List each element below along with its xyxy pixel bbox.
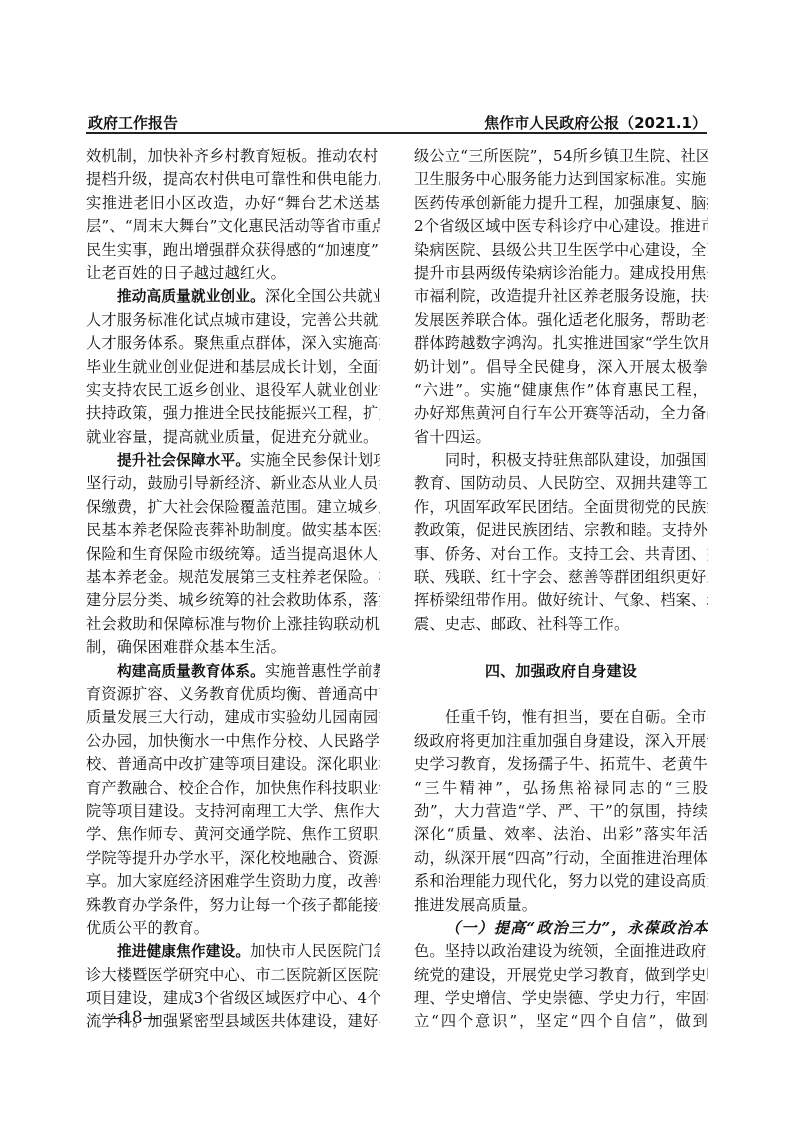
text-line: 育资源扩容、义务教育优质均衡、普通高中高: [86, 683, 380, 706]
text-line: 学院等提升办学水平，深化校地融合、资源共: [86, 847, 380, 870]
text-line: 染病医院、县级公共卫生医学中心建设，全面: [414, 239, 708, 262]
body-text: 卫生服务中心服务能力达到国家标准。实施中: [414, 170, 708, 188]
text-line: 构建高质量教育体系。实施普惠性学前教: [86, 660, 380, 683]
body-text: 动，纵深开展“四高”行动，全面推进治理体: [414, 849, 708, 867]
paragraph-lead-heading: 构建高质量教育体系。: [117, 663, 265, 680]
text-line: 推进发展高质量。: [414, 894, 708, 917]
body-text: 育资源扩容、义务教育优质均衡、普通高中高: [86, 685, 380, 703]
text-line: 质量发展三大行动，建成市实验幼儿园南园等: [86, 706, 380, 729]
text-line: 基本养老金。规范发展第三支柱养老保险。构: [86, 566, 380, 589]
body-text: 实施全民参保计划攻: [250, 451, 380, 469]
text-line: 实推进老旧小区改造，办好“舞台艺术送基: [86, 192, 380, 215]
paragraph-lead-heading: 推进健康焦作建设。: [117, 943, 250, 960]
body-text: 保险和生育保险市级统筹。适当提高退休人员: [86, 545, 380, 563]
blank-line: [414, 683, 708, 706]
body-text: 优质公平的教育。: [86, 919, 209, 937]
body-text: 震、史志、邮政、社科等工作。: [414, 615, 629, 633]
text-line: 医药传承创新能力提升工程，加强康复、脑病: [414, 192, 708, 215]
text-line: 让老百姓的日子越过越红火。: [86, 262, 380, 285]
body-text: 民基本养老保险丧葬补助制度。做实基本医疗: [86, 521, 380, 539]
text-line: 深化“质量、效率、法治、出彩”落实年活: [414, 823, 708, 846]
body-text: 民生实事，跑出增强群众获得感的“加速度”，: [86, 241, 380, 259]
text-line: 优质公平的教育。: [86, 917, 380, 940]
right-text-column: 级公立“三所医院”，54所乡镇卫生院、社区卫生服务中心服务能力达到国家标准。实施…: [414, 145, 708, 1034]
body-text: 发展医养联合体。强化适老化服务，帮助老年: [414, 311, 708, 329]
body-text: 人才服务标准化试点城市建设，完善公共就业: [86, 311, 380, 329]
body-text: 染病医院、县级公共卫生医学中心建设，全面: [414, 241, 708, 259]
text-line: 项目建设，建成3个省级区域医疗中心、4个一: [86, 987, 380, 1010]
text-line: 事、侨务、对台工作。支持工会、共青团、妇: [414, 543, 708, 566]
text-line: 制，确保困难群众基本生活。: [86, 636, 380, 659]
body-text: 色。坚持以政治建设为统领，全面推进政府系: [414, 942, 708, 960]
text-line: 保缴费，扩大社会保险覆盖范围。建立城乡居: [86, 496, 380, 519]
text-line: 统党的建设，开展党史学习教育，做到学史明: [414, 964, 708, 987]
text-line: （一）提高“政治三力”，永葆政治本: [414, 917, 708, 940]
text-line: 作，巩固军政军民团结。全面贯彻党的民族宗: [414, 496, 708, 519]
text-line: 就业容量，提高就业质量，促进充分就业。: [86, 426, 380, 449]
text-line: 诊大楼暨医学研究中心、市二医院新区医院等: [86, 964, 380, 987]
body-text: 学院等提升办学水平，深化校地融合、资源共: [86, 849, 380, 867]
text-line: 立“四个意识”，坚定“四个自信”，做到: [414, 1010, 708, 1033]
body-text: 保缴费，扩大社会保险覆盖范围。建立城乡居: [86, 498, 380, 516]
text-line: 毕业生就业创业促进和基层成长计划，全面落: [86, 356, 380, 379]
body-text: 2个省级区域中医专科诊疗中心建设。推进市传: [414, 217, 708, 235]
body-text: 教育、国防动员、人民防空、双拥共建等工: [414, 474, 708, 492]
body-text: 层”、“周末大舞台”文化惠民活动等省市重点: [86, 217, 380, 235]
body-text: 同时，积极支持驻焦部队建设，加强国防: [445, 451, 708, 469]
body-text: 育产教融合、校企合作，加快焦作科技职业学: [86, 779, 380, 797]
body-text: 制，确保困难群众基本生活。: [86, 638, 286, 656]
body-text: 深化“质量、效率、法治、出彩”落实年活: [414, 825, 708, 843]
text-line: 教育、国防动员、人民防空、双拥共建等工: [414, 472, 708, 495]
section-heading: 四、加强政府自身建设: [414, 660, 708, 683]
body-text: 毕业生就业创业促进和基层成长计划，全面落: [86, 358, 380, 376]
text-line: 卫生服务中心服务能力达到国家标准。实施中: [414, 168, 708, 191]
text-line: 人才服务标准化试点城市建设，完善公共就业: [86, 309, 380, 332]
text-line: 级政府将更加注重加强自身建设，深入开展党: [414, 730, 708, 753]
body-text: 扶持政策，强力推进全民技能振兴工程，扩大: [86, 404, 380, 422]
body-text: 联、残联、红十字会、慈善等群团组织更好发: [414, 568, 708, 586]
text-line: 任重千钧，惟有担当，要在自砺。全市各: [414, 706, 708, 729]
body-text: 公办园，加快衡水一中焦作分校、人民路学: [86, 732, 380, 750]
body-text: 省十四运。: [414, 428, 491, 446]
body-text: 任重千钧，惟有担当，要在自砺。全市各: [445, 708, 708, 726]
body-text: 群体跨越数字鸿沟。扎实推进国家“学生饮用: [414, 334, 708, 352]
text-line: 系和治理能力现代化，努力以党的建设高质量: [414, 870, 708, 893]
body-text: 办好郑焦黄河自行车公开赛等活动，全力备战: [414, 404, 708, 422]
subsection-heading: （一）提高“政治三力”，永葆政治本: [445, 919, 708, 937]
text-line: 动，纵深开展“四高”行动，全面推进治理体: [414, 847, 708, 870]
text-line: 发展医养联合体。强化适老化服务，帮助老年: [414, 309, 708, 332]
text-line: 保险和生育保险市级统筹。适当提高退休人员: [86, 543, 380, 566]
text-line: 民基本养老保险丧葬补助制度。做实基本医疗: [86, 519, 380, 542]
body-text: 加快市人民医院门急: [250, 942, 380, 960]
body-text: 事、侨务、对台工作。支持工会、共青团、妇: [414, 545, 708, 563]
text-line: 2个省级区域中医专科诊疗中心建设。推进市传: [414, 215, 708, 238]
body-text: 劲”，大力营造“学、严、干”的氛围，持续: [414, 802, 708, 820]
text-line: 享。加大家庭经济困难学生资助力度，改善特: [86, 870, 380, 893]
text-line: 推动高质量就业创业。深化全国公共就业: [86, 285, 380, 308]
body-text: 系和治理能力现代化，努力以党的建设高质量: [414, 872, 708, 890]
body-text: 诊大楼暨医学研究中心、市二医院新区医院等: [86, 966, 380, 984]
text-line: 提升市县两级传染病诊治能力。建成投用焦作: [414, 262, 708, 285]
text-line: 劲”，大力营造“学、严、干”的氛围，持续: [414, 800, 708, 823]
text-line: 公办园，加快衡水一中焦作分校、人民路学: [86, 730, 380, 753]
paragraph-lead-heading: 推动高质量就业创业。: [117, 288, 265, 305]
body-text: 殊教育办学条件，努力让每一个孩子都能接受: [86, 896, 380, 914]
text-line: 效机制，加快补齐乡村教育短板。推动农村电网: [86, 145, 380, 168]
text-line: 教政策，促进民族团结、宗教和睦。支持外: [414, 519, 708, 542]
body-text: 基本养老金。规范发展第三支柱养老保险。构: [86, 568, 380, 586]
running-header-section: 政府工作报告: [88, 112, 178, 133]
body-text: 实支持农民工返乡创业、退役军人就业创业等: [86, 381, 380, 399]
body-text: 校、普通高中改扩建等项目建设。深化职业教: [86, 755, 380, 773]
body-text: 质量发展三大行动，建成市实验幼儿园南园等: [86, 708, 380, 726]
body-text: 项目建设，建成3个省级区域医疗中心、4个一: [86, 989, 380, 1007]
text-line: 人才服务体系。聚焦重点群体，深入实施高校: [86, 332, 380, 355]
text-line: 办好郑焦黄河自行车公开赛等活动，全力备战: [414, 402, 708, 425]
text-line: 民生实事，跑出增强群众获得感的“加速度”，: [86, 239, 380, 262]
text-line: “三牛精神”，弘扬焦裕禄同志的“三股: [414, 777, 708, 800]
text-line: 省十四运。: [414, 426, 708, 449]
body-text: 史学习教育，发扬孺子牛、拓荒牛、老黄牛: [414, 755, 708, 773]
text-line: 同时，积极支持驻焦部队建设，加强国防: [414, 449, 708, 472]
body-text: 推进发展高质量。: [414, 896, 537, 914]
body-text: 坚行动，鼓励引导新经济、新业态从业人员参: [86, 474, 380, 492]
text-line: 建分层分类、城乡统筹的社会救助体系，落实: [86, 589, 380, 612]
body-text: 院等项目建设。支持河南理工大学、焦作大: [86, 802, 380, 820]
body-text: 深化全国公共就业: [265, 287, 380, 305]
body-text: 实推进老旧小区改造，办好“舞台艺术送基: [86, 194, 380, 212]
text-line: 校、普通高中改扩建等项目建设。深化职业教: [86, 753, 380, 776]
body-text: “六进”。实施“健康焦作”体育惠民工程，: [414, 381, 708, 399]
body-text: 立“四个意识”，坚定“四个自信”，做到: [414, 1012, 708, 1030]
text-line: 群体跨越数字鸿沟。扎实推进国家“学生饮用: [414, 332, 708, 355]
body-text: 实施普惠性学前教: [265, 662, 380, 680]
text-line: 联、残联、红十字会、慈善等群团组织更好发: [414, 566, 708, 589]
text-line: 级公立“三所医院”，54所乡镇卫生院、社区: [414, 145, 708, 168]
body-text: 统党的建设，开展党史学习教育，做到学史明: [414, 966, 708, 984]
body-text: 人才服务体系。聚焦重点群体，深入实施高校: [86, 334, 380, 352]
body-text: 级政府将更加注重加强自身建设，深入开展党: [414, 732, 708, 750]
body-text: 享。加大家庭经济困难学生资助力度，改善特: [86, 872, 380, 890]
body-text: 理、学史增信、学史崇德、学史力行，牢固树: [414, 989, 708, 1007]
body-text: 效机制，加快补齐乡村教育短板。推动农村电网: [86, 147, 380, 165]
paragraph-lead-heading: 提升社会保障水平。: [117, 452, 250, 469]
blank-line: [414, 636, 708, 659]
body-text: 级公立“三所医院”，54所乡镇卫生院、社区: [414, 147, 708, 165]
text-line: 市福利院，改造提升社区养老服务设施，扶持: [414, 285, 708, 308]
body-text: 让老百姓的日子越过越红火。: [86, 264, 286, 282]
body-text: 医药传承创新能力提升工程，加强康复、脑病: [414, 194, 708, 212]
text-line: 学、焦作师专、黄河交通学院、焦作工贸职业: [86, 823, 380, 846]
text-line: 提升社会保障水平。实施全民参保计划攻: [86, 449, 380, 472]
text-line: 史学习教育，发扬孺子牛、拓荒牛、老黄牛: [414, 753, 708, 776]
body-text: 市福利院，改造提升社区养老服务设施，扶持: [414, 287, 708, 305]
page-number: —18—: [104, 1008, 160, 1028]
text-line: 提档升级，提高农村供电可靠性和供电能力。扎: [86, 168, 380, 191]
text-line: 挥桥梁纽带作用。做好统计、气象、档案、地: [414, 589, 708, 612]
body-text: 提档升级，提高农村供电可靠性和供电能力。扎: [86, 170, 380, 188]
body-text: 奶计划”。倡导全民健身，深入开展太极拳: [414, 358, 708, 376]
text-line: 震、史志、邮政、社科等工作。: [414, 613, 708, 636]
body-text: 建分层分类、城乡统筹的社会救助体系，落实: [86, 591, 380, 609]
body-text: 就业容量，提高就业质量，促进充分就业。: [86, 428, 378, 446]
text-line: 色。坚持以政治建设为统领，全面推进政府系: [414, 940, 708, 963]
text-line: 理、学史增信、学史崇德、学史力行，牢固树: [414, 987, 708, 1010]
body-text: 学、焦作师专、黄河交通学院、焦作工贸职业: [86, 825, 380, 843]
text-line: 社会救助和保障标准与物价上涨挂钩联动机: [86, 613, 380, 636]
body-text: 教政策，促进民族团结、宗教和睦。支持外: [414, 521, 708, 539]
body-text: 挥桥梁纽带作用。做好统计、气象、档案、地: [414, 591, 708, 609]
text-line: 育产教融合、校企合作，加快焦作科技职业学: [86, 777, 380, 800]
running-header-publication: 焦作市人民政府公报（2021.1）: [484, 112, 707, 133]
text-line: 实支持农民工返乡创业、退役军人就业创业等: [86, 379, 380, 402]
text-line: 殊教育办学条件，努力让每一个孩子都能接受: [86, 894, 380, 917]
text-line: “六进”。实施“健康焦作”体育惠民工程，: [414, 379, 708, 402]
text-line: 层”、“周末大舞台”文化惠民活动等省市重点: [86, 215, 380, 238]
body-text: 提升市县两级传染病诊治能力。建成投用焦作: [414, 264, 708, 282]
text-line: 奶计划”。倡导全民健身，深入开展太极拳: [414, 356, 708, 379]
header-rule: [86, 132, 707, 134]
body-text: 社会救助和保障标准与物价上涨挂钩联动机: [86, 615, 380, 633]
text-line: 推进健康焦作建设。加快市人民医院门急: [86, 940, 380, 963]
left-text-column: 效机制，加快补齐乡村教育短板。推动农村电网提档升级，提高农村供电可靠性和供电能力…: [86, 145, 380, 1034]
text-line: 坚行动，鼓励引导新经济、新业态从业人员参: [86, 472, 380, 495]
text-line: 扶持政策，强力推进全民技能振兴工程，扩大: [86, 402, 380, 425]
body-text: 作，巩固军政军民团结。全面贯彻党的民族宗: [414, 498, 708, 516]
text-line: 院等项目建设。支持河南理工大学、焦作大: [86, 800, 380, 823]
body-text: “三牛精神”，弘扬焦裕禄同志的“三股: [414, 779, 708, 797]
